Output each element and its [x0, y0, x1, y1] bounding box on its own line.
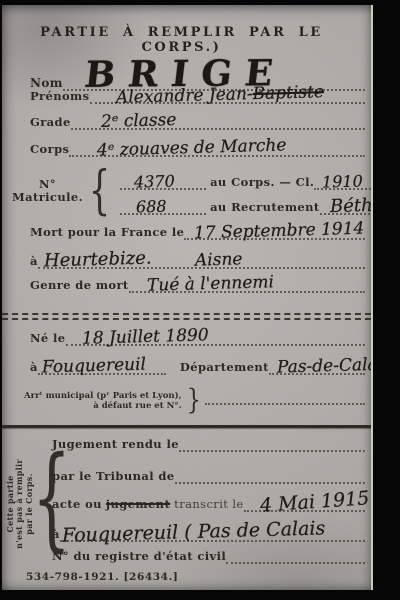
- ne-lieu-line: Fouquereuil: [38, 353, 166, 375]
- matricule-brace: {: [89, 163, 111, 219]
- field-ne-le: Né le 18 Juillet 1890: [30, 324, 365, 346]
- prenoms-label: Prénoms: [30, 89, 90, 104]
- matricule-label-line2: Matricule.: [12, 191, 83, 204]
- transcription-lieu-label: à: [52, 527, 60, 542]
- ne-lieu-handwritten: Fouquereuil: [42, 355, 146, 378]
- arrondissement-brace: }: [186, 387, 200, 413]
- corps-value-handwritten: 4ᵉ zouaves de Marche: [97, 135, 287, 160]
- field-mort-lieu: à Heurtebize. Aisne: [30, 245, 365, 269]
- au-recrutement-label: au Recrutement: [210, 200, 320, 215]
- ne-le-line: 18 Juillet 1890: [66, 324, 365, 346]
- field-prenoms: Prénoms Alexandre Jean-Baptiste: [30, 82, 365, 104]
- mort-date-line: 17 Septembre 1914: [184, 218, 365, 240]
- departement-handwritten: Pas-de-Calais: [277, 354, 373, 377]
- transcription-date-handwritten: 4 Mai 1915: [259, 487, 370, 517]
- jugement-struck-label: jugement: [106, 497, 170, 512]
- matricule-label: N° Matricule.: [12, 163, 83, 219]
- classe-value-handwritten: 1910: [322, 171, 363, 191]
- registre-label: N° du registre d'état civil: [52, 549, 226, 564]
- print-reference: 534-798-1921. [26434.]: [26, 571, 178, 583]
- matricule-recrutement-line: 688: [120, 194, 206, 215]
- registre-line: [226, 562, 365, 564]
- scanned-military-death-record: PARTIE À REMPLIR PAR LE CORPS.) Nom BRIG…: [0, 0, 400, 600]
- field-matricule: N° Matricule. { 4370 au Corps. — Cl. 191…: [12, 163, 365, 219]
- field-jugement: Jugement rendu le: [52, 430, 365, 452]
- arrondissement-line: [205, 403, 365, 405]
- genre-mort-line: Tué à l'ennemi: [129, 271, 365, 293]
- field-ne-lieu: à Fouquereuil Département Pas-de-Calais: [30, 351, 365, 375]
- ne-le-handwritten: 18 Juillet 1890: [81, 325, 208, 349]
- section-divider-dashed: [2, 313, 371, 320]
- transcription-date-line: 4 Mai 1915: [244, 488, 365, 512]
- jugement-label: Jugement rendu le: [52, 437, 179, 452]
- prenoms-struck-part: Baptiste: [252, 82, 324, 104]
- matricule-corps-line: 4370: [120, 169, 206, 190]
- mort-lieu-label: à: [30, 254, 38, 269]
- mort-departement-handwritten: Aisne: [195, 249, 243, 270]
- transcription-lieu-line: Fouquereuil ( Pas de Calais: [60, 518, 365, 542]
- transcrit-le-label: transcrit le: [174, 497, 243, 512]
- field-corps: Corps 4ᵉ zouaves de Marche: [30, 135, 365, 157]
- matricule-recrutement-number-handwritten: 688: [136, 197, 167, 217]
- prenoms-line: Alexandre Jean-Baptiste: [90, 82, 366, 104]
- arrondissement-label-line2: à défaut rue et N°.: [93, 401, 181, 411]
- matricule-lines: 4370 au Corps. — Cl. 1910 688 au Recrute…: [116, 163, 373, 219]
- genre-mort-handwritten: Tué à l'ennemi: [146, 272, 273, 296]
- ne-le-label: Né le: [30, 331, 66, 346]
- field-transcription-lieu: à Fouquereuil ( Pas de Calais: [52, 516, 365, 542]
- field-mort-date: Mort pour la France le 17 Septembre 1914: [30, 218, 365, 240]
- field-transcription: acte ou jugement transcrit le 4 Mai 1915: [52, 490, 365, 512]
- tribunal-line: [175, 482, 365, 484]
- classe-line: 1910: [314, 169, 373, 190]
- prenoms-value-handwritten: Alexandre Jean-Baptiste: [115, 82, 324, 108]
- record-card: PARTIE À REMPLIR PAR LE CORPS.) Nom BRIG…: [2, 5, 373, 590]
- grade-line: 2ᵉ classe: [71, 108, 365, 130]
- arrondissement-label: Arrᵗ municipal (pʳ Paris et Lyon), à déf…: [24, 391, 182, 413]
- mort-date-handwritten: 17 Septembre 1914: [194, 219, 365, 244]
- au-corps-label: au Corps. — Cl.: [210, 175, 314, 190]
- field-arrondissement: Arrᵗ municipal (pʳ Paris et Lyon), à déf…: [24, 385, 365, 413]
- grade-label: Grade: [30, 115, 71, 130]
- tribunal-label: par le Tribunal de: [52, 469, 175, 484]
- jugement-line: [179, 450, 365, 452]
- corps-label: Corps: [30, 142, 69, 157]
- matricule-recrutement-row: 688 au Recrutement Béthune: [120, 190, 373, 215]
- field-grade: Grade 2ᵉ classe: [30, 108, 365, 130]
- acte-label: acte ou: [52, 497, 102, 512]
- field-genre-mort: Genre de mort Tué à l'ennemi: [30, 271, 365, 293]
- section-divider-solid: [2, 425, 371, 428]
- grade-value-handwritten: 2ᵉ classe: [100, 110, 176, 132]
- mort-lieu-line: Heurtebize. Aisne: [38, 246, 365, 269]
- recrutement-place-line: Béthune: [320, 192, 373, 215]
- field-tribunal: par le Tribunal de: [52, 462, 365, 484]
- corps-line: 4ᵉ zouaves de Marche: [69, 135, 365, 157]
- field-registre: N° du registre d'état civil: [52, 542, 365, 564]
- matricule-corps-number-handwritten: 4370: [134, 171, 175, 191]
- departement-label: Département: [180, 360, 269, 375]
- ne-lieu-label: à: [30, 360, 38, 375]
- arrondissement-label-line1: Arrᵗ municipal (pʳ Paris et Lyon),: [24, 391, 182, 401]
- genre-mort-label: Genre de mort: [30, 278, 129, 293]
- mort-label: Mort pour la France le: [30, 225, 184, 240]
- matricule-corps-row: 4370 au Corps. — Cl. 1910: [120, 165, 373, 190]
- departement-line: Pas-de-Calais: [269, 353, 365, 375]
- recrutement-place-handwritten: Béthune: [329, 194, 373, 217]
- mort-lieu-handwritten: Heurtebize.: [44, 248, 152, 272]
